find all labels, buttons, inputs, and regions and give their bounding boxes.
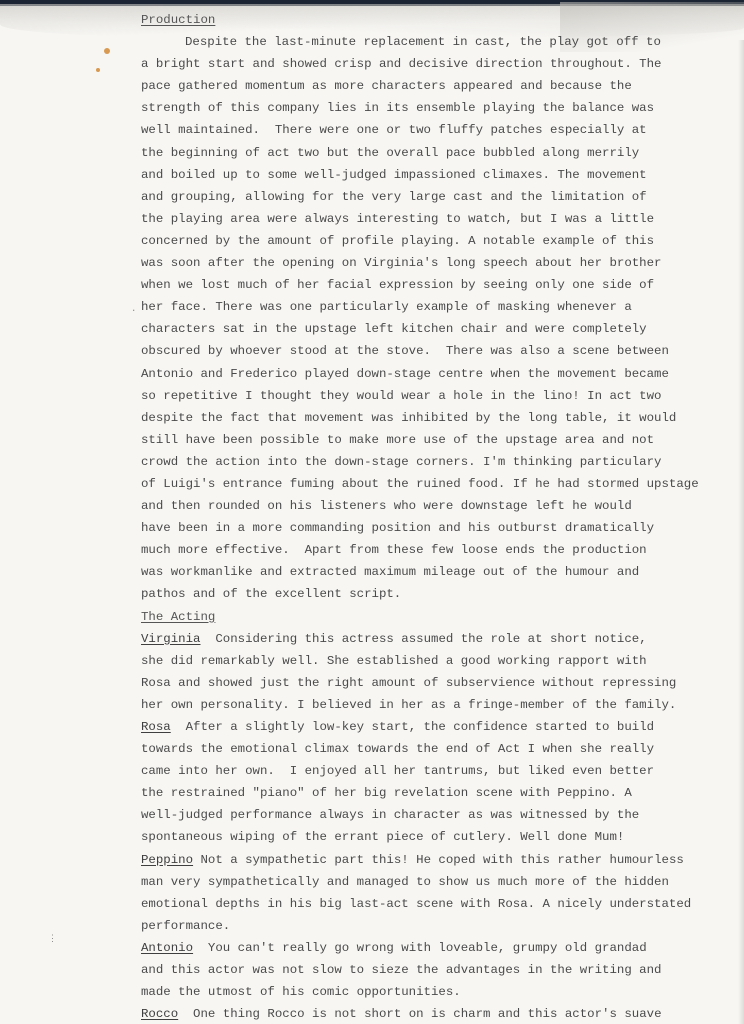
text-line: concerned by the amount of profile playi… xyxy=(141,230,721,252)
margin-mark: ⋮ xyxy=(48,934,57,944)
text-line: her face. There was one particularly exa… xyxy=(141,296,721,318)
character-entry-peppino: Peppino Not a sympathetic part this! He … xyxy=(141,849,721,871)
character-entry-virginia: Virginia Considering this actress assume… xyxy=(141,628,721,650)
text-line: was workmanlike and extracted maximum mi… xyxy=(141,561,721,583)
text-fragment: Considering this actress assumed the rol… xyxy=(201,632,647,646)
text-line: and boiled up to some well-judged impass… xyxy=(141,164,721,186)
text-line: the playing area were always interesting… xyxy=(141,208,721,230)
text-line: made the utmost of his comic opportuniti… xyxy=(141,981,721,1003)
rust-stain xyxy=(96,68,100,72)
text-line: pathos and of the excellent script. xyxy=(141,583,721,605)
text-line: obscured by whoever stood at the stove. … xyxy=(141,340,721,362)
character-entry-rosa: Rosa After a slightly low-key start, the… xyxy=(141,716,721,738)
text-fragment: One thing Rocco is not short on is charm… xyxy=(178,1007,661,1021)
character-entry-antonio: Antonio You can't really go wrong with l… xyxy=(141,937,721,959)
text-line: crowd the action into the down-stage cor… xyxy=(141,451,721,473)
text-line: much more effective. Apart from these fe… xyxy=(141,539,721,561)
character-name: Virginia xyxy=(141,632,201,646)
text-line: so repetitive I thought they would wear … xyxy=(141,385,721,407)
margin-dot: . xyxy=(131,304,136,314)
text-line: and this actor was not slow to sieze the… xyxy=(141,959,721,981)
text-line: the restrained "piano" of her big revela… xyxy=(141,782,721,804)
text-line: of Luigi's entrance fuming about the rui… xyxy=(141,473,721,495)
text-fragment: Not a sympathetic part this! He coped wi… xyxy=(193,853,684,867)
character-name: Antonio xyxy=(141,941,193,955)
text-line: came into her own. I enjoyed all her tan… xyxy=(141,760,721,782)
text-line: towards the emotional climax towards the… xyxy=(141,738,721,760)
text-line: have been in a more commanding position … xyxy=(141,517,721,539)
section-heading-acting: The Acting xyxy=(141,606,721,628)
rust-stain xyxy=(104,48,110,54)
character-name: Peppino xyxy=(141,853,193,867)
paper-edge-shadow xyxy=(738,40,744,1024)
text-line: pace gathered momentum as more character… xyxy=(141,75,721,97)
text-line: strength of this company lies in its ens… xyxy=(141,97,721,119)
text-line: man very sympathetically and managed to … xyxy=(141,871,721,893)
text-line: and then rounded on his listeners who we… xyxy=(141,495,721,517)
text-line: well-judged performance always in charac… xyxy=(141,804,721,826)
typewritten-page: Production Despite the last-minute repla… xyxy=(141,9,721,1024)
text-line: and grouping, allowing for the very larg… xyxy=(141,186,721,208)
character-name: Rosa xyxy=(141,720,171,734)
text-line: spontaneous wiping of the errant piece o… xyxy=(141,826,721,848)
text-fragment: You can't really go wrong with loveable,… xyxy=(193,941,647,955)
character-entry-rocco: Rocco One thing Rocco is not short on is… xyxy=(141,1003,721,1024)
text-line: Rosa and showed just the right amount of… xyxy=(141,672,721,694)
text-line: well maintained. There were one or two f… xyxy=(141,119,721,141)
text-line: emotional depths in his big last-act sce… xyxy=(141,893,721,915)
text-line: she did remarkably well. She established… xyxy=(141,650,721,672)
text-line: despite the fact that movement was inhib… xyxy=(141,407,721,429)
text-line: characters sat in the upstage left kitch… xyxy=(141,318,721,340)
text-line: her own personality. I believed in her a… xyxy=(141,694,721,716)
text-fragment: After a slightly low-key start, the conf… xyxy=(171,720,654,734)
text-line: performance. xyxy=(141,915,721,937)
text-line: still have been possible to make more us… xyxy=(141,429,721,451)
text-line: Antonio and Frederico played down-stage … xyxy=(141,363,721,385)
text-line: was soon after the opening on Virginia's… xyxy=(141,252,721,274)
section-heading-production: Production xyxy=(141,9,721,31)
text-line: when we lost much of her facial expressi… xyxy=(141,274,721,296)
text-line: the beginning of act two but the overall… xyxy=(141,142,721,164)
character-name: Rocco xyxy=(141,1007,178,1021)
text-line: Despite the last-minute replacement in c… xyxy=(141,31,721,53)
text-line: a bright start and showed crisp and deci… xyxy=(141,53,721,75)
